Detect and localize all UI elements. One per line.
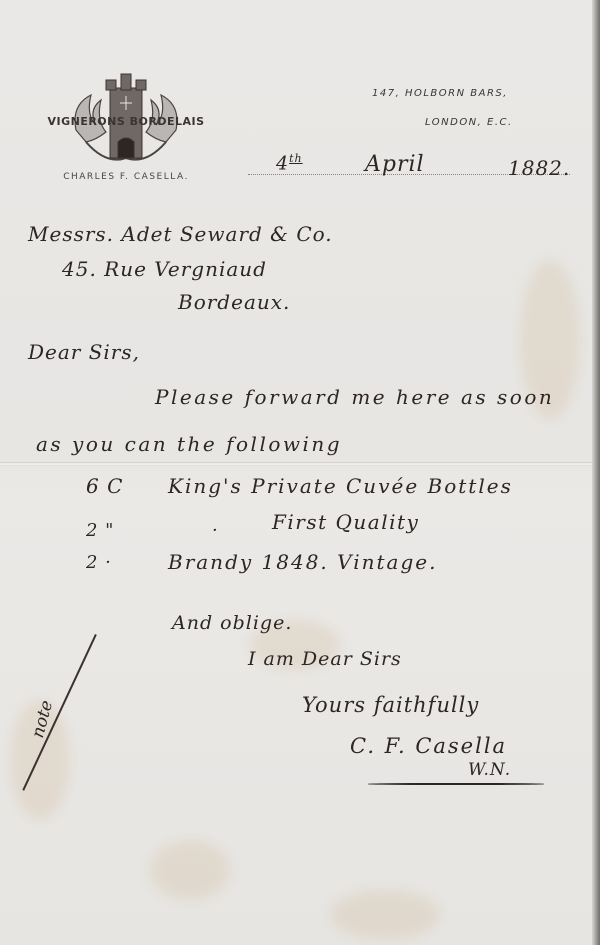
paper-edge-shadow [592, 0, 600, 945]
signature: C. F. Casella [350, 734, 507, 758]
paper-fold [0, 462, 592, 466]
order-item-description: Brandy 1848. Vintage. [168, 550, 437, 574]
recipient-name: Messrs. Adet Seward & Co. [28, 222, 333, 246]
order-item-ditto: · [212, 520, 219, 541]
order-item-qty: 2 " [86, 520, 114, 541]
closing-line2: I am Dear Sirs [248, 648, 402, 670]
closing-line3: Yours faithfully [302, 693, 479, 717]
date-day: 4th [276, 152, 303, 174]
salutation: Dear Sirs, [28, 340, 140, 364]
letter-sheet: VIGNERONS BORDELAIS CHARLES F. CASELLA. … [0, 0, 592, 945]
body-line2: as you can the following [36, 432, 342, 456]
letterhead-address-line1: 147, HOLBORN BARS, [372, 88, 508, 99]
date-year: 1882. [508, 156, 570, 180]
order-item-description: King's Private Cuvée Bottles [168, 474, 513, 498]
order-item-description: First Quality [272, 510, 419, 534]
letterhead-brand: VIGNERONS BORDELAIS [46, 115, 206, 128]
body-line1: Please forward me here as soon [155, 385, 554, 409]
date-day-number: 4 [276, 152, 289, 174]
letterhead-owner: CHARLES F. CASELLA. [56, 172, 196, 182]
order-item-qty: 6 C [86, 474, 123, 498]
date-month: April [365, 152, 425, 177]
paper-stain [330, 890, 440, 940]
letterhead-address-line2: LONDON, E.C. [425, 117, 513, 128]
paper-stain [150, 840, 230, 900]
signature-underline [368, 783, 544, 785]
order-item-qty: 2 · [86, 552, 112, 573]
date-day-suffix: th [289, 152, 303, 165]
signature-initials: W.N. [468, 760, 511, 780]
closing-line1: And oblige. [172, 612, 292, 634]
recipient-city: Bordeaux. [178, 290, 290, 314]
recipient-street: 45. Rue Vergniaud [62, 257, 267, 281]
